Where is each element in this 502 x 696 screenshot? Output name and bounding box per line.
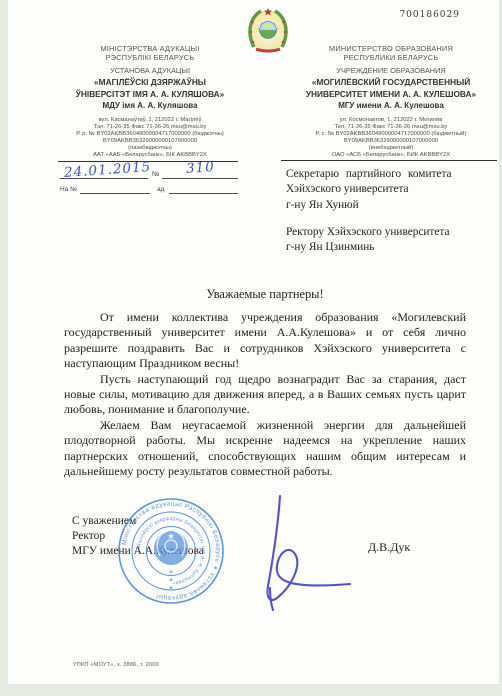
org-name-line: «МОГИЛЁВСКИЙ ГОСУДАРСТВЕННЫЙ [283,77,499,87]
number-sign-label: № [152,171,160,178]
number-underline [162,178,238,179]
address-line: (внебюджетный) [283,145,499,152]
letterhead-left-column: МІНІСТЭРСТВА АДУКАЦЫІ РЭСПУБЛІКІ БЕЛАРУС… [50,44,250,159]
org-name-line: «МАГІЛЁЎСКІ ДЗЯРЖАЎНЫ [50,77,250,87]
body-paragraph: От имени коллектива учреждения образован… [64,310,466,372]
official-seal-stamp: Міністэрства адукацыі Рэспублікі Беларус… [116,496,226,606]
svg-text:✶: ✶ [168,569,173,576]
ministry-line: МІНІСТЭРСТВА АДУКАЦЫІ [50,44,250,53]
letterhead-divider-right [281,160,497,161]
recipient-line: г-ну Ян Хунюй [286,198,498,213]
reply-to-label: На № [60,186,77,193]
handwritten-signature [238,488,358,613]
date-underline [60,178,148,179]
letterhead-right-column: МИНИСТЕРСТВО ОБРАЗОВАНИЯ РЕСПУБЛИКИ БЕЛА… [283,44,499,159]
org-type-line: УСТАНОВА АДУКАЦЫІ [50,66,250,75]
recipient-block: Секретарю партийного комитета Хэйхэского… [286,167,498,255]
stamp-center-emblem [154,531,188,565]
org-address-block: вул. Касманаўтаў, 1, 212022 г. Магілёў Т… [50,117,250,159]
print-shop-imprint: УПКП «МОУТ», з. 3886, т. 2000 [73,662,159,668]
recipient-gap [286,213,498,225]
recipient-line: Хэйхэского университета [286,182,498,197]
handwritten-outgoing-number: 310 [185,159,215,177]
letter-body: От имени коллектива учреждения образован… [64,310,466,479]
body-paragraph: Желаем Вам неугасаемой жизненной энергии… [64,418,466,480]
address-line: ул. Космонавтов, 1, 212022 г. Могилёв [283,117,499,124]
org-type-line: УЧРЕЖДЕНИЕ ОБРАЗОВАНИЯ [283,66,499,75]
scanned-letter-page: 700186029 МІНІСТЭРСТВА АДУКАЦЫІ РЭСПУБЛІ… [0,0,502,696]
org-name-line: ЎНІВЕРСІТЭТ ІМЯ А. А. КУЛЯШОВА» [50,89,250,99]
address-line: BY09AKBB36329000000107000000 [50,138,250,145]
stamp-star-marks: ✶ ✶ ✶ [168,569,173,592]
address-line: Тэл. 71-26-35 Факс 71-36-26 msu@msu.by [50,124,250,131]
address-line: (пазабюджэтны) [50,145,250,152]
salutation: Уважаемые партнеры! [64,287,466,302]
org-short-name: МДУ імя А. А. Куляшова [50,101,250,111]
address-line: вул. Касманаўтаў, 1, 212022 г. Магілёў [50,117,250,124]
reply-number-underline [80,193,150,194]
document-serial-number: 700186029 [380,10,460,20]
address-line: Р. р. № BY02AKBB36049000004717000000 (бю… [50,131,250,138]
address-line: Тел. 71-26-35 Факс 71-36-26 msu@msu.by [283,124,499,131]
address-line: BY09AKBB36329000000107000000 [283,138,499,145]
org-address-block: ул. Космонавтов, 1, 212022 г. Могилёв Те… [283,117,499,159]
ministry-line: РЕСПУБЛИКИ БЕЛАРУСЬ [283,53,499,62]
ministry-line: МИНИСТЕРСТВО ОБРАЗОВАНИЯ [283,44,499,53]
reply-date-underline [169,193,238,194]
org-short-name: МГУ имени А. А. Кулешова [283,101,499,111]
recipient-line: г-ну Ян Цзинминь [286,240,498,255]
signer-name: Д.В.Дук [368,540,410,555]
body-paragraph: Пусть наступающий год щедро вознаградит … [64,372,466,418]
address-line: Р. с. № BY02AKBB36049000004717000000 (бю… [283,131,499,138]
reply-date-label: ад [157,186,164,193]
address-line: ААТ «ААБ «Беларусбанк», БІК AKBBBY2X [50,152,250,159]
svg-text:✶: ✶ [168,585,173,592]
org-name-line: УНИВЕРСИТЕТ ИМЕНИ А. А. КУЛЕШОВА» [283,89,499,99]
svg-text:✶: ✶ [168,577,173,584]
ministry-line: РЭСПУБЛІКІ БЕЛАРУСЬ [50,53,250,62]
recipient-line: Ректору Хэйхэского университета [286,225,498,240]
address-line: ОАО «АСБ «Беларусбанк», БИК AKBBBY2X [283,152,499,159]
recipient-line: Секретарю партийного комитета [286,167,498,182]
